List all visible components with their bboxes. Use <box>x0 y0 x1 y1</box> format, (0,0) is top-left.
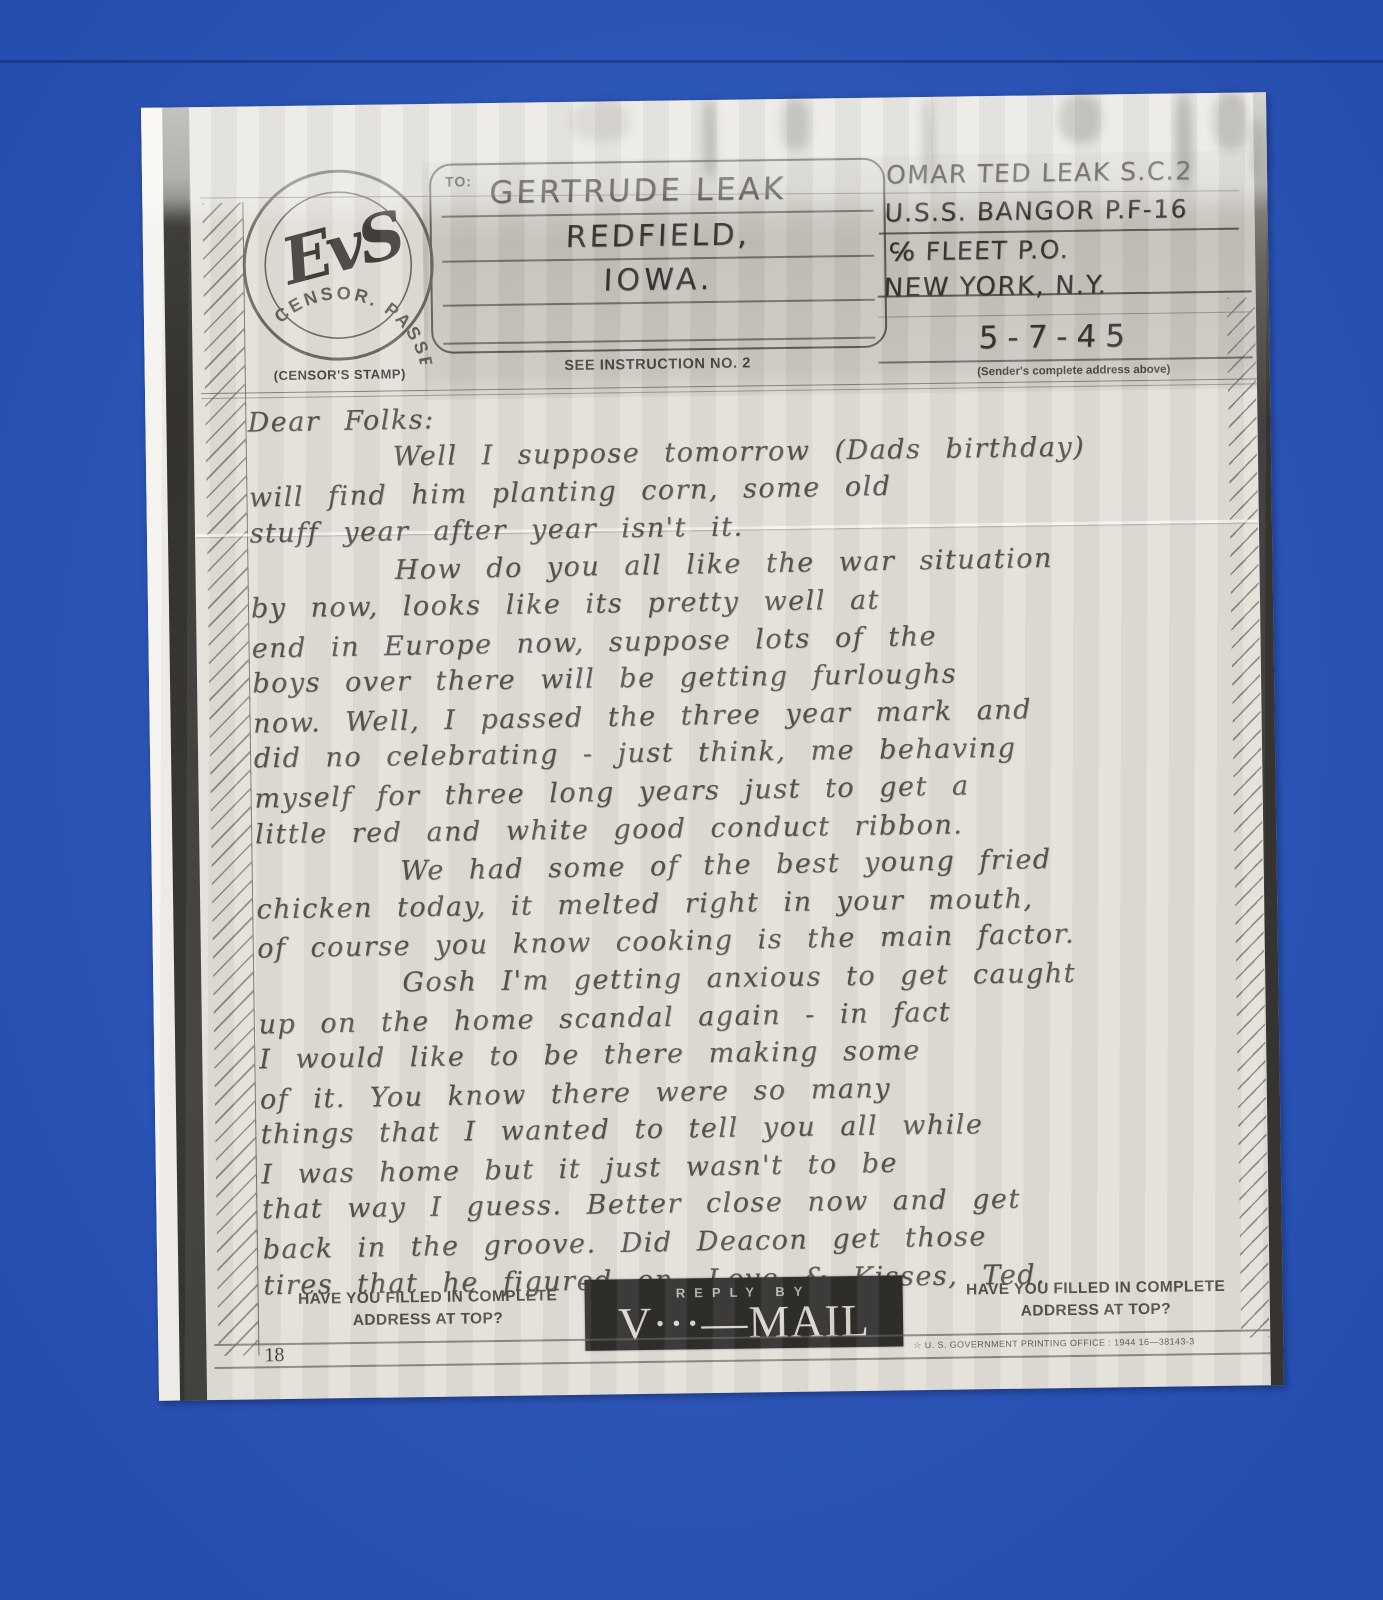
recipient-city: REDFIELD, <box>431 216 884 257</box>
sender-ship: U.S.S. BANGOR P.F-16 <box>884 194 1189 227</box>
address-rule <box>443 299 875 307</box>
vmail-logo: V···—MAIL <box>585 1293 904 1350</box>
photocopy-smudge <box>1249 120 1266 180</box>
recipient-state: IOWA. <box>432 260 885 301</box>
to-label: TO: <box>445 173 472 189</box>
photocopy-smudge <box>1059 95 1102 144</box>
photocopy-smudge <box>781 99 810 151</box>
letter-date: 5-7-45 <box>886 317 1227 358</box>
photocopy-smudge <box>571 101 632 142</box>
photocopy-smudge <box>1213 92 1248 150</box>
footer-rule <box>215 1352 1271 1369</box>
address-rule <box>443 337 875 345</box>
address-question-left: HAVE YOU FILLED IN COMPLETE ADDRESS AT T… <box>258 1285 599 1334</box>
to-address-box: TO: GERTRUDE LEAK REDFIELD, IOWA. <box>429 158 888 354</box>
censor-stamp-caption: (CENSOR'S STAMP) <box>235 366 445 384</box>
vmail-letter-photo: CENSOR. PASSED BY NAVAL EvS (CENSOR'S ST… <box>141 92 1284 1401</box>
page-number: 18 <box>264 1344 284 1367</box>
sender-name: OMAR TED LEAK S.C.2 <box>885 156 1193 189</box>
sender-city: NEW YORK, N.Y. <box>883 270 1108 303</box>
sender-fleet-po: ℅ FLEET P.O. <box>889 235 1070 267</box>
address-question-right: HAVE YOU FILLED IN COMPLETE ADDRESS AT T… <box>925 1275 1266 1324</box>
scan-artifact-line <box>0 60 1383 63</box>
letter-body: Dear Folks: Well I suppose tomorrow (Dad… <box>247 386 1268 1307</box>
scan-background: { "censor": { "ring_text": "CENSOR. PASS… <box>0 0 1383 1600</box>
censor-stamp: CENSOR. PASSED BY NAVAL EvS <box>237 164 440 367</box>
printing-office-fine-print: ☆ U. S. GOVERNMENT PRINTING OFFICE : 194… <box>913 1335 1273 1351</box>
recipient-name: GERTRUDE LEAK <box>489 171 787 211</box>
